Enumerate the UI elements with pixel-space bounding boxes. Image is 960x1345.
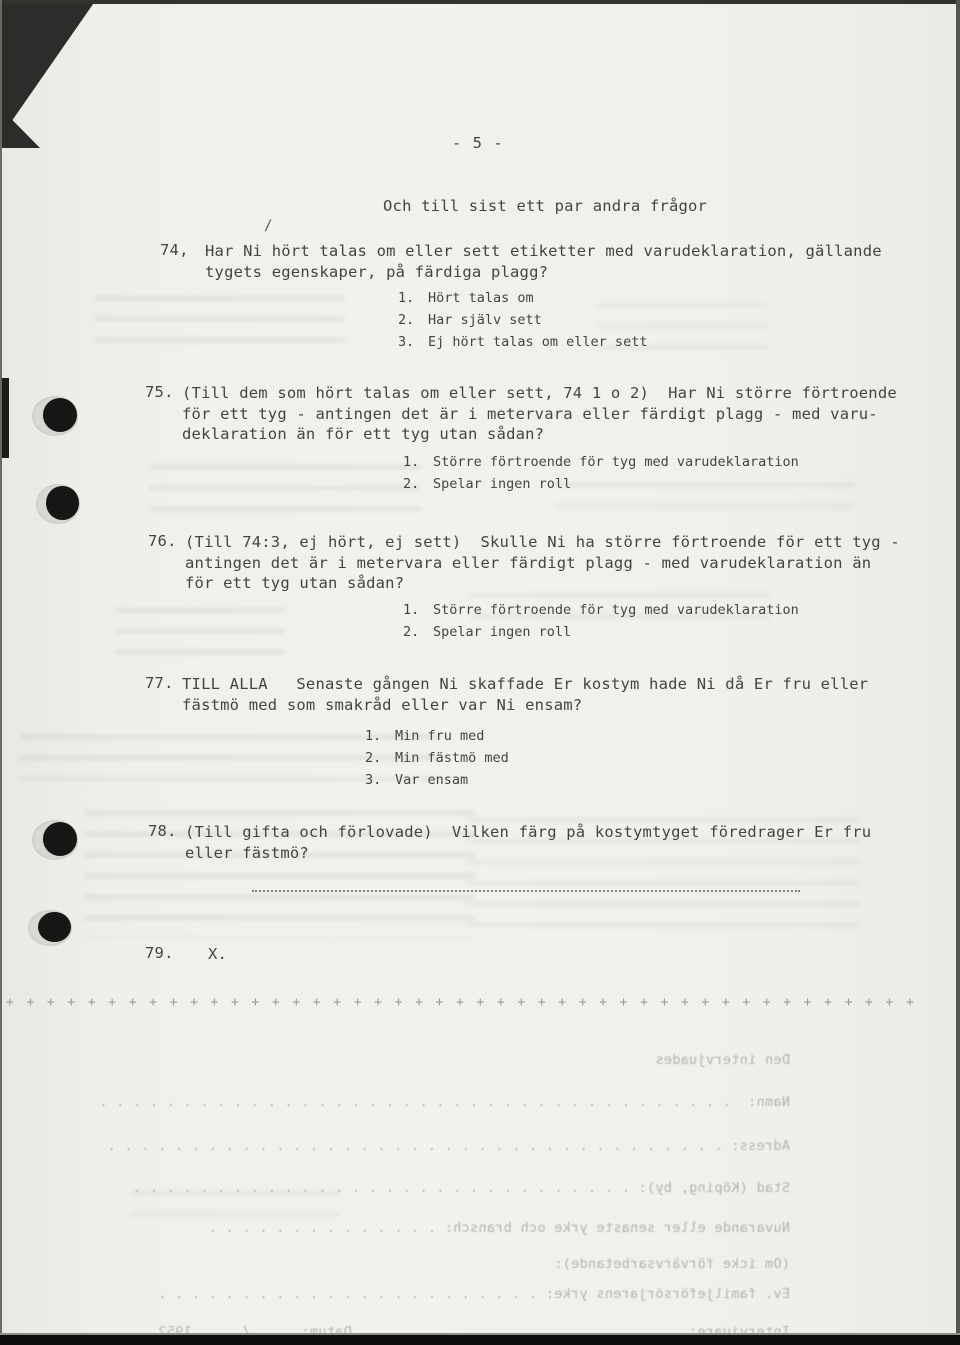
option-number: 2. (398, 309, 428, 331)
option-label: Ej hört talas om eller sett (428, 334, 647, 350)
bleedthrough-line: Ev. familjeförsörjarens yrke: . . . . . … (158, 1286, 790, 1302)
option-number: 1. (403, 451, 433, 473)
question-76: 76. (Till 74:3, ej hört, ej sett) Skulle… (148, 532, 938, 594)
page-number: - 5 - (452, 134, 504, 152)
answer-dotted-line (252, 890, 800, 892)
bleedthrough-smudge (115, 595, 285, 655)
option-label: Spelar ingen roll (433, 624, 571, 640)
option-row: 2.Min fästmö med (365, 747, 509, 769)
question-number: 78. (148, 822, 177, 840)
option-number: 3. (398, 331, 428, 353)
option-number: 2. (403, 473, 433, 495)
option-row: 1.Min fru med (365, 725, 509, 747)
scan-edge-top (0, 0, 960, 4)
question-line: TILL ALLA Senaste gången Ni skaffade Er … (182, 674, 935, 695)
option-row: 3.Ej hört talas om eller sett (398, 331, 647, 353)
option-label: Min fästmö med (395, 750, 509, 766)
question-79: 79. X. (145, 944, 445, 965)
option-label: Har själv sett (428, 312, 542, 328)
bleedthrough-line: Nuvarande eller senaste yrke och bransch… (208, 1220, 790, 1236)
punch-hole (32, 396, 78, 436)
punch-hole (36, 484, 80, 524)
question-line: för ett tyg - antingen det är i metervar… (182, 404, 935, 425)
question-number: 76. (148, 532, 177, 550)
option-number: 1. (398, 287, 428, 309)
question-number: 74, (160, 241, 189, 259)
option-row: 3.Var ensam (365, 769, 509, 791)
question-line: (Till 74:3, ej hört, ej sett) Skulle Ni … (185, 532, 938, 553)
question-75: 75. (Till dem som hört talas om eller se… (145, 383, 935, 445)
question-74: 74, Har Ni hört talas om eller sett etik… (160, 241, 940, 282)
scan-edge-left (0, 0, 2, 1345)
option-number: 2. (403, 621, 433, 643)
option-label: Var ensam (395, 772, 468, 788)
punch-hole (28, 910, 72, 946)
question-line: deklaration än för ett tyg utan sådan? (182, 424, 935, 445)
bleedthrough-line: Stad (Köping, by): . . . . . . . . . . .… (133, 1180, 790, 1196)
option-label: Större förtroende för tyg med varudeklar… (433, 454, 799, 470)
question-line: Har Ni hört talas om eller sett etikette… (205, 241, 940, 262)
option-number: 1. (403, 599, 433, 621)
question-line: fästmö med som smakråd eller var Ni ensa… (182, 695, 935, 716)
question-77: 77. TILL ALLA Senaste gången Ni skaffade… (145, 674, 935, 715)
scan-edge-right (956, 0, 960, 1345)
bleedthrough-smudge (150, 452, 420, 517)
bleedthrough-line: (Om icke förvärvsarbetande): (554, 1256, 790, 1272)
intro-heading: Och till sist ett par andra frågor (383, 197, 707, 215)
stray-mark: / (264, 218, 272, 234)
option-number: 3. (365, 769, 395, 791)
option-row: 1.Större förtroende för tyg med varudekl… (403, 599, 799, 621)
scanned-questionnaire-page: - 5 - Och till sist ett par andra frågor… (0, 0, 960, 1345)
bleedthrough-line: Adress: . . . . . . . . . . . . . . . . … (107, 1138, 790, 1154)
bleedthrough-smudge (95, 283, 345, 353)
punch-hole (32, 820, 78, 860)
question-number: 77. (145, 674, 174, 692)
question-line: tygets egenskaper, på färdiga plagg? (205, 262, 940, 283)
question-line: eller fästmö? (185, 843, 938, 864)
question-number: 79. (145, 944, 174, 962)
option-row: 2.Spelar ingen roll (403, 621, 799, 643)
option-label: Större förtroende för tyg med varudeklar… (433, 602, 799, 618)
option-row: 1.Större förtroende för tyg med varudekl… (403, 451, 799, 473)
question-78: 78. (Till gifta och förlovade) Vilken fä… (148, 822, 938, 863)
option-label: Min fru med (395, 728, 484, 744)
question-line: X. (208, 944, 445, 965)
scan-edge-bottom (0, 1333, 960, 1345)
bleedthrough-smudge (85, 798, 475, 938)
option-label: Spelar ingen roll (433, 476, 571, 492)
option-row: 2.Spelar ingen roll (403, 473, 799, 495)
bleedthrough-block: Den intervjuades Namn: . . . . . . . . .… (28, 1048, 790, 1340)
option-number: 1. (365, 725, 395, 747)
option-row: 2.Har själv sett (398, 309, 647, 331)
question-number: 75. (145, 383, 174, 401)
bleedthrough-line: Den intervjuades (655, 1052, 790, 1068)
option-label: Hört talas om (428, 290, 534, 306)
question-line: antingen det är i metervara eller färdig… (185, 553, 938, 574)
plus-separator-row: + + + + + + + + + + + + + + + + + + + + … (6, 995, 956, 1010)
option-row: 1.Hört talas om (398, 287, 647, 309)
question-line: (Till dem som hört talas om eller sett, … (182, 383, 935, 404)
bleedthrough-line: Namn: . . . . . . . . . . . . . . . . . … (99, 1094, 790, 1110)
question-line: för ett tyg utan sådan? (185, 573, 938, 594)
question-line: (Till gifta och förlovade) Vilken färg p… (185, 822, 938, 843)
option-number: 2. (365, 747, 395, 769)
